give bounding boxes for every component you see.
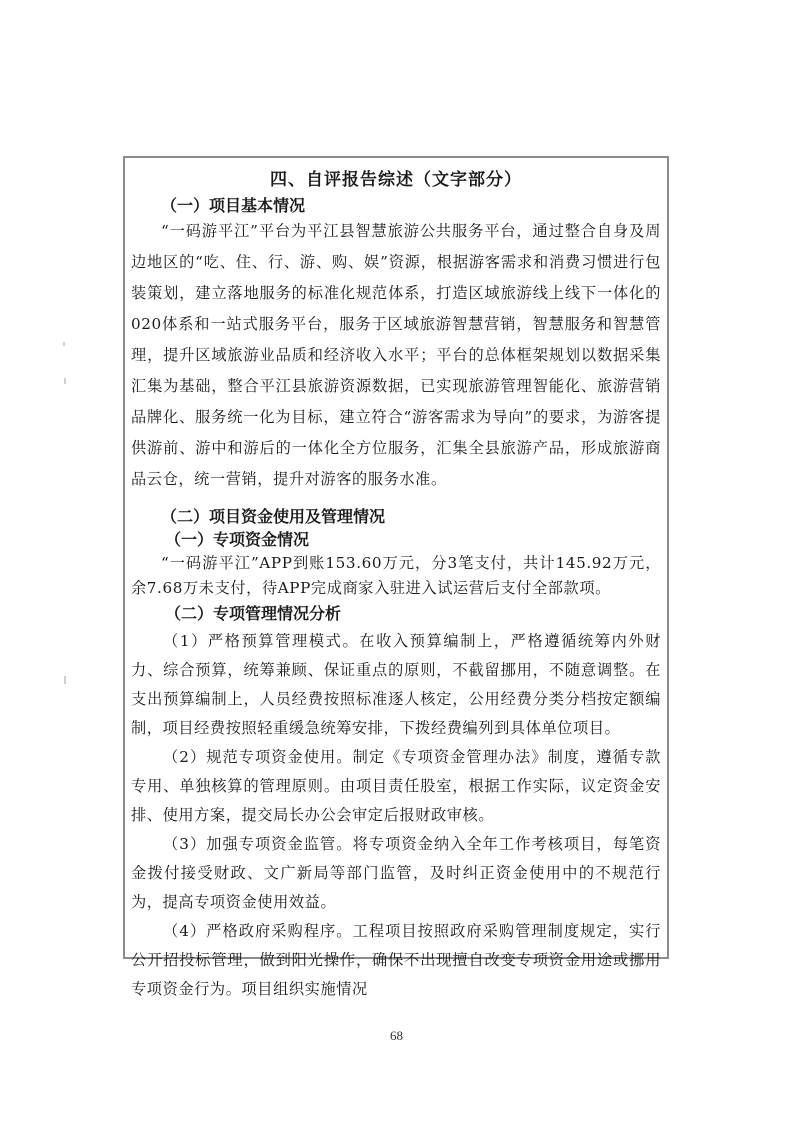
section-heading-project-basics: （一）项目基本情况 xyxy=(131,194,661,218)
spacer xyxy=(131,495,661,505)
page-title: 四、自评报告综述（文字部分） xyxy=(131,166,661,194)
scan-artifact-mark xyxy=(63,342,65,346)
scan-artifact-mark xyxy=(64,676,66,684)
paragraph-fund-supervision: （3）加强专项资金监管。将专项资金纳入全年工作考核项目，每笔资金拨付接受财政、文… xyxy=(131,830,661,917)
subsection-heading-management-analysis: （二）专项管理情况分析 xyxy=(131,603,661,625)
page-number: 68 xyxy=(0,1028,793,1044)
paragraph-fund-usage: （2）规范专项资金使用。制定《专项资金管理办法》制度，遵循专款专用、单独核算的管… xyxy=(131,743,661,830)
report-summary-content: 四、自评报告综述（文字部分） （一）项目基本情况 “一码游平江”平台为平江县智慧… xyxy=(131,158,661,1004)
section-heading-funding-management: （二）项目资金使用及管理情况 xyxy=(131,505,661,529)
paragraph-budget-management: （1）严格预算管理模式。在收入预算编制上，严格遵循统筹内外财力、综合预算，统筹兼… xyxy=(131,627,661,743)
paragraph-special-funds: “一码游平江”APP到账153.60万元，分3笔支付，共计145.92万元，余7… xyxy=(131,551,661,601)
scan-artifact-mark xyxy=(64,378,66,384)
paragraph-project-basics: “一码游平江”平台为平江县智慧旅游公共服务平台，通过整合自身及周边地区的“吃、住… xyxy=(131,216,661,495)
report-summary-frame: 四、自评报告综述（文字部分） （一）项目基本情况 “一码游平江”平台为平江县智慧… xyxy=(123,156,669,959)
paragraph-procurement: （4）严格政府采购程序。工程项目按照政府采购管理制度规定，实行公开招投标管理，做… xyxy=(131,917,661,1004)
subsection-heading-special-funds: （一）专项资金情况 xyxy=(131,529,661,551)
